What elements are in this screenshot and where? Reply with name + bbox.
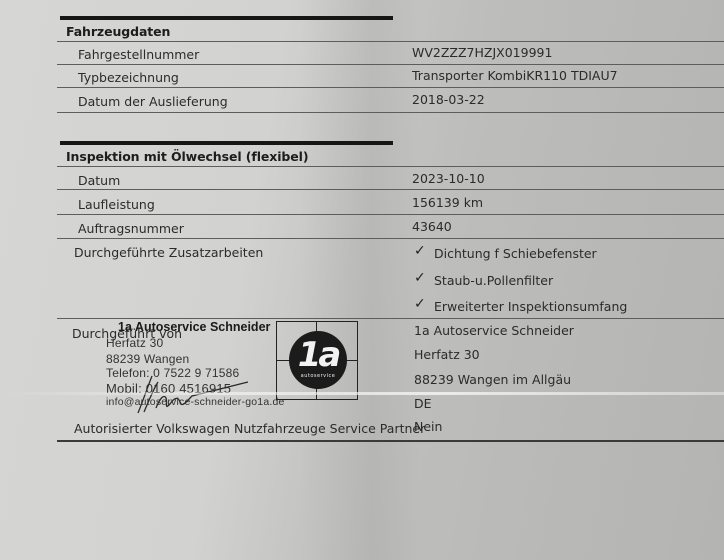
vin-value: WV2ZZZ7HZJX019991	[412, 45, 552, 60]
extra-work-item: Dichtung f Schiebefenster	[434, 246, 597, 261]
row-divider	[57, 238, 724, 239]
extra-work-item: Erweiterter Inspektionsumfang	[434, 299, 627, 314]
performed-by-line: 88239 Wangen im Allgäu	[414, 372, 571, 387]
logo-subtext: autoservice	[289, 373, 347, 379]
row-divider	[57, 87, 724, 88]
inspection-section-title: Inspektion mit Ölwechsel (flexibel)	[66, 149, 308, 164]
check-icon: ✓	[414, 270, 426, 286]
type-label: Typbezeichnung	[78, 70, 179, 85]
performed-by-line: DE	[414, 396, 432, 411]
row-divider	[57, 64, 724, 65]
inspection-date-value: 2023-10-10	[412, 171, 485, 186]
delivery-date-value: 2018-03-22	[412, 92, 485, 107]
section-divider-bar	[60, 141, 393, 145]
vehicle-section-title: Fahrzeugdaten	[66, 24, 170, 39]
check-icon: ✓	[414, 296, 426, 312]
authorized-partner-label: Autorisierter Volkswagen Nutzfahrzeuge S…	[74, 421, 425, 436]
order-number-label: Auftragsnummer	[78, 221, 184, 236]
stamp-line: 88239 Wangen	[106, 352, 189, 366]
performed-by-line: 1a Autoservice Schneider	[414, 323, 574, 338]
row-divider	[57, 440, 724, 442]
row-divider	[57, 112, 724, 113]
authorized-partner-value: Nein	[414, 419, 442, 434]
logo-text: 1a	[289, 335, 347, 375]
mileage-value: 156139 km	[412, 195, 483, 210]
stamp-company-name: 1a Autoservice Schneider	[118, 320, 270, 334]
stamp-line: Herfatz 30	[106, 336, 163, 350]
type-value: Transporter KombiKR110 TDIAU7	[412, 68, 618, 83]
row-divider	[57, 318, 724, 319]
paper-shadow	[300, 0, 420, 560]
vin-label: Fahrgestellnummer	[78, 47, 199, 62]
section-divider-bar	[60, 16, 393, 20]
paper-fold	[0, 392, 724, 395]
logo-badge: 1a autoservice	[289, 331, 347, 389]
inspection-date-label: Datum	[78, 173, 120, 188]
performed-by-line: Herfatz 30	[414, 347, 480, 362]
row-divider	[57, 41, 724, 42]
stamp-logo: 1a autoservice	[276, 321, 358, 400]
mileage-label: Laufleistung	[78, 197, 155, 212]
check-icon: ✓	[414, 243, 426, 259]
extra-work-label: Durchgeführte Zusatzarbeiten	[74, 245, 263, 260]
extra-work-item: Staub-u.Pollenfilter	[434, 273, 553, 288]
row-divider	[57, 189, 724, 190]
order-number-value: 43640	[412, 219, 452, 234]
delivery-date-label: Datum der Auslieferung	[78, 94, 228, 109]
row-divider	[57, 214, 724, 215]
row-divider	[57, 166, 724, 167]
